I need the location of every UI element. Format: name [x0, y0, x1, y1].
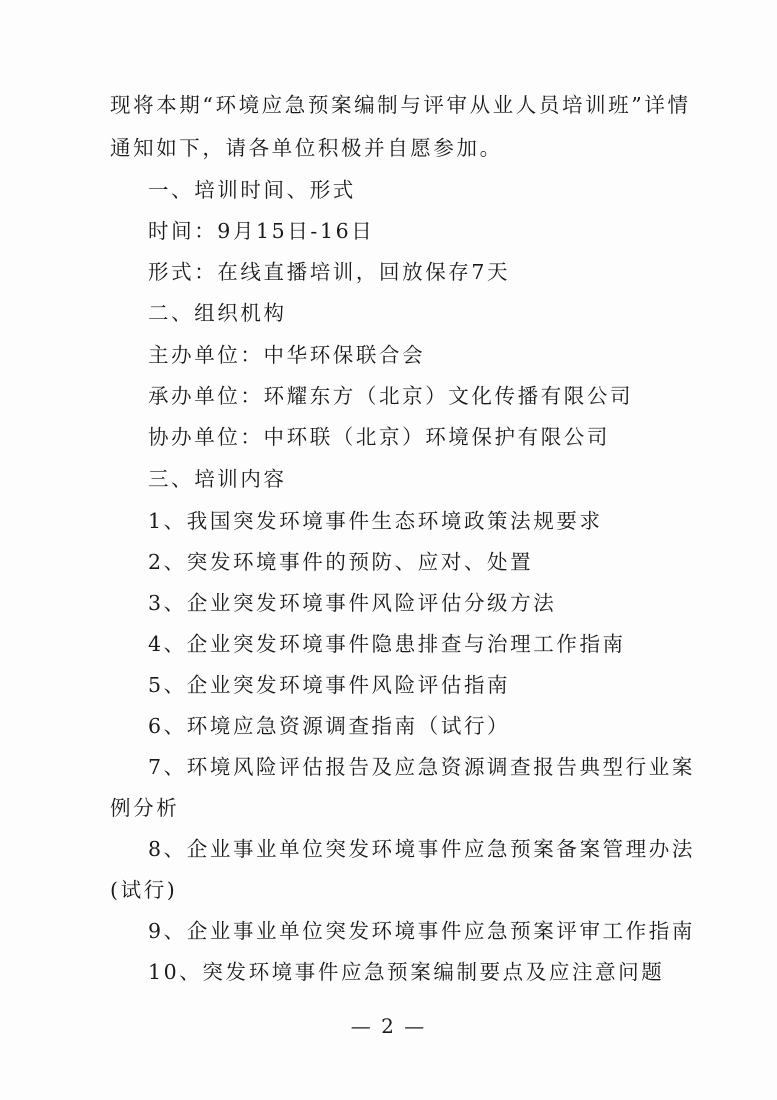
content-item: 9、企业事业单位突发环境事件应急预案评审工作指南	[148, 918, 695, 944]
content-item: 5、企业突发环境事件风险评估指南	[148, 672, 510, 698]
host-unit: 主办单位：中华环保联合会	[148, 342, 425, 368]
content-item: 7、环境风险评估报告及应急资源调查报告典型行业案	[148, 754, 695, 780]
co-organizer-unit: 协办单位：中环联（北京）环境保护有限公司	[148, 424, 610, 450]
section-1-title: 一、培训时间、形式	[148, 177, 356, 203]
section-3-title: 三、培训内容	[148, 466, 287, 492]
content-item: 6、环境应急资源调查指南（试行）	[148, 713, 510, 739]
content-item: 10、突发环境事件应急预案编制要点及应注意问题	[148, 959, 664, 985]
organizer-unit: 承办单位：环耀东方（北京）文化传播有限公司	[148, 383, 633, 409]
page-number: — 2 —	[0, 1014, 777, 1038]
content-item-continuation: 例分析	[110, 795, 179, 821]
intro-line-2: 通知如下，请各单位积极并自愿参加。	[110, 135, 503, 161]
content-item: 3、企业突发环境事件风险评估分级方法	[148, 590, 556, 616]
content-item: 8、企业事业单位突发环境事件应急预案备案管理办法	[148, 836, 695, 862]
content-item: 2、突发环境事件的预防、应对、处置	[148, 549, 533, 575]
training-format: 形式：在线直播培训，回放保存7天	[148, 259, 510, 285]
section-2-title: 二、组织机构	[148, 300, 287, 326]
content-item: 4、企业突发环境事件隐患排查与治理工作指南	[148, 631, 626, 657]
training-time: 时间：9月15日-16日	[148, 218, 374, 244]
content-item-continuation: (试行)	[110, 877, 177, 903]
intro-line-1: 现将本期“环境应急预案编制与评审从业人员培训班”详情	[110, 92, 691, 118]
content-item: 1、我国突发环境事件生态环境政策法规要求	[148, 508, 603, 534]
document-page: 现将本期“环境应急预案编制与评审从业人员培训班”详情 通知如下，请各单位积极并自…	[0, 0, 777, 1100]
